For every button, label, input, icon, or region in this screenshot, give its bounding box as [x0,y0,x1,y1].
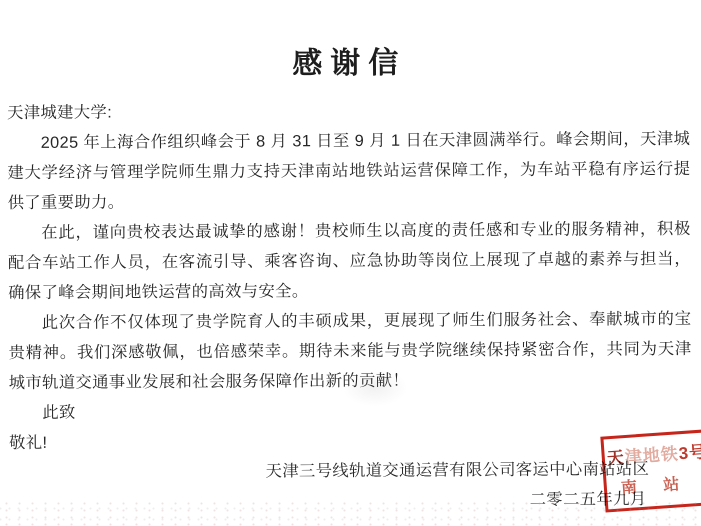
paragraph-2: 在此，谨向贵校表达最诚挚的感谢！贵校师生以高度的责任感和专业的服务精神，积极配合… [8,214,692,308]
paragraph-1: 2025 年上海合作组织峰会于 8 月 31 日至 9 月 1 日在天津圆满举行… [7,124,691,218]
stamp-chars-line3: 3号线 [678,441,701,463]
scanned-letter-page: 感谢信 天津城建大学: 2025 年上海合作组织峰会于 8 月 31 日至 9 … [0,0,701,526]
closing-jingli: 敬礼! [9,424,692,458]
official-stamp: 天津地铁3号线 南 站 站 [600,427,701,512]
stamp-char-tian: 天 [606,448,625,468]
salutation: 天津城建大学: [7,94,690,128]
letter-title: 感谢信 [0,36,700,84]
letter-content: 感谢信 天津城建大学: 2025 年上海合作组织峰会于 8 月 31 日至 9 … [0,0,701,518]
stamp-chars-faded: 津地铁 [624,444,679,467]
signature-date: 二零二五年九月 [9,484,692,518]
stamp-text-line1: 天津地铁3号线 [604,435,701,469]
paragraph-3: 此次合作不仅体现了贵学院育人的丰硕成果，更展现了师生们服务社会、奉献城市的宝贵精… [8,304,692,398]
closing-cizhi: 此致 [9,394,692,428]
signature-organization: 天津三号线轨道交通运营有限公司客运中心南站站区 [9,454,692,488]
letter-body: 天津城建大学: 2025 年上海合作组织峰会于 8 月 31 日至 9 月 1 … [7,94,693,518]
stamp-text-line2: 南 站 站 [606,467,701,499]
